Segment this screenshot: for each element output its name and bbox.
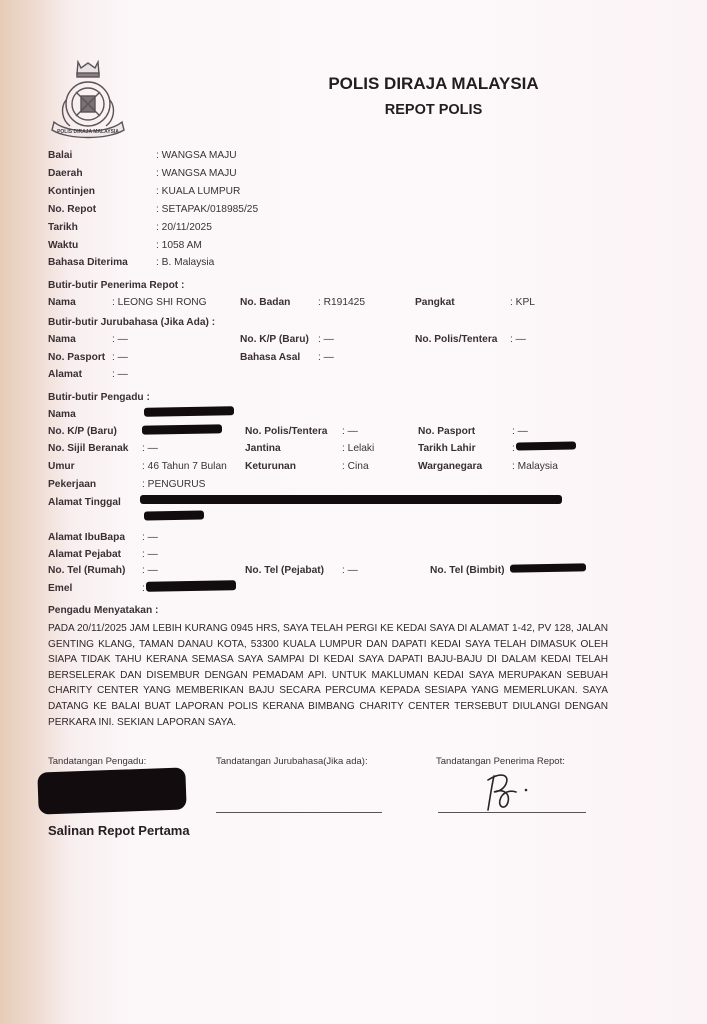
complainant-dob-prefix: : (512, 443, 515, 455)
redacted-home-address-line-1 (140, 495, 562, 504)
interpreter-language-value: : — (318, 352, 334, 364)
complainant-citizenship-value: : Malaysia (512, 461, 558, 473)
complainant-parent-address-value: : — (142, 532, 158, 544)
interpreter-name-value: : — (112, 334, 128, 346)
complainant-age-value: : 46 Tahun 7 Bulan (142, 461, 227, 473)
complainant-home-phone-value: : — (142, 565, 158, 577)
complainant-police-label: No. Polis/Tentera (245, 426, 327, 438)
interpreter-address-label: Alamat (48, 369, 82, 381)
interpreter-passport-value: : — (112, 352, 128, 364)
redacted-email (146, 580, 236, 592)
statement-text: PADA 20/11/2025 JAM LEBIH KURANG 0945 HR… (48, 621, 608, 730)
kontinjen-value: : KUALA LUMPUR (156, 186, 240, 198)
complainant-parent-address-label: Alamat IbuBapa (48, 532, 125, 544)
receiver-signature-line (438, 812, 586, 813)
receiver-name-label: Nama (48, 297, 76, 309)
balai-label: Balai (48, 150, 72, 162)
receiver-section-heading: Butir-butir Penerima Repot : (48, 280, 184, 292)
complainant-email-prefix: : (142, 583, 145, 595)
interpreter-signature-line (216, 812, 382, 813)
receiver-rank-value: : KPL (510, 297, 535, 309)
redacted-date-of-birth (516, 441, 576, 450)
complainant-mobile-phone-label: No. Tel (Bimbit) (430, 565, 505, 577)
complainant-passport-label: No. Pasport (418, 426, 475, 438)
language-label: Bahasa Diterima (48, 257, 128, 269)
receiver-badge-label: No. Badan (240, 297, 290, 309)
complainant-office-phone-label: No. Tel (Pejabat) (245, 565, 324, 577)
interpreter-passport-label: No. Pasport (48, 352, 105, 364)
interpreter-address-value: : — (112, 369, 128, 381)
complainant-section-heading: Butir-butir Pengadu : (48, 392, 150, 404)
time-label: Waktu (48, 240, 78, 252)
daerah-label: Daerah (48, 168, 83, 180)
complainant-race-value: : Cina (342, 461, 369, 473)
complainant-signature-label: Tandatangan Pengadu: (48, 756, 146, 768)
receiver-name-value: : LEONG SHI RONG (112, 297, 207, 309)
redacted-name (144, 406, 234, 417)
report-no-label: No. Repot (48, 204, 96, 216)
interpreter-ic-label: No. K/P (Baru) (240, 334, 309, 346)
interpreter-ic-value: : — (318, 334, 334, 346)
complainant-dob-label: Tarikh Lahir (418, 443, 476, 455)
interpreter-police-value: : — (510, 334, 526, 346)
police-report-document: POLIS DIRAJA MALAYSIA POLIS DIRAJA MALAY… (0, 0, 707, 1024)
receiver-rank-label: Pangkat (415, 297, 455, 309)
complainant-passport-value: : — (512, 426, 528, 438)
police-crest-icon: POLIS DIRAJA MALAYSIA (48, 58, 128, 140)
complainant-police-value: : — (342, 426, 358, 438)
complainant-job-value: : PENGURUS (142, 479, 205, 491)
complainant-job-label: Pekerjaan (48, 479, 96, 491)
time-value: : 1058 AM (156, 240, 202, 252)
interpreter-police-label: No. Polis/Tentera (415, 334, 497, 346)
date-label: Tarikh (48, 222, 78, 234)
redacted-home-address-line-2 (144, 510, 204, 520)
complainant-birthcert-value: : — (142, 443, 158, 455)
complainant-ic-label: No. K/P (Baru) (48, 426, 117, 438)
complainant-office-phone-value: : — (342, 565, 358, 577)
complainant-citizenship-label: Warganegara (418, 461, 482, 473)
receiver-badge-value: : R191425 (318, 297, 365, 309)
complainant-age-label: Umur (48, 461, 75, 473)
receiver-signature-icon (480, 770, 550, 812)
complainant-gender-value: : Lelaki (342, 443, 374, 455)
document-subtitle: REPOT POLIS (80, 102, 707, 118)
interpreter-name-label: Nama (48, 334, 76, 346)
receiver-signature-label: Tandatangan Penerima Repot: (436, 756, 565, 768)
interpreter-section-heading: Butir-butir Jurubahasa (Jika Ada) : (48, 317, 215, 329)
document-title: POLIS DIRAJA MALAYSIA (80, 74, 707, 94)
statement-label: Pengadu Menyatakan : (48, 605, 158, 617)
kontinjen-label: Kontinjen (48, 186, 95, 198)
date-value: : 20/11/2025 (156, 222, 212, 234)
first-report-copy-label: Salinan Repot Pertama (48, 823, 190, 838)
report-no-value: : SETAPAK/018985/25 (156, 204, 258, 216)
interpreter-language-label: Bahasa Asal (240, 352, 300, 364)
complainant-home-phone-label: No. Tel (Rumah) (48, 565, 125, 577)
complainant-office-address-value: : — (142, 549, 158, 561)
daerah-value: : WANGSA MAJU (156, 168, 237, 180)
complainant-race-label: Keturunan (245, 461, 296, 473)
interpreter-signature-label: Tandatangan Jurubahasa(Jika ada): (216, 756, 368, 768)
complainant-office-address-label: Alamat Pejabat (48, 549, 121, 561)
redacted-mobile-phone (510, 563, 586, 572)
complainant-birthcert-label: No. Sijil Beranak (48, 443, 128, 455)
language-value: : B. Malaysia (156, 257, 214, 269)
balai-value: : WANGSA MAJU (156, 150, 237, 162)
complainant-gender-label: Jantina (245, 443, 281, 455)
complainant-email-label: Emel (48, 583, 72, 595)
svg-text:POLIS DIRAJA MALAYSIA: POLIS DIRAJA MALAYSIA (57, 129, 119, 135)
complainant-name-label: Nama (48, 409, 76, 421)
redacted-ic-number (142, 424, 222, 434)
redacted-complainant-signature (37, 767, 186, 814)
complainant-home-address-label: Alamat Tinggal (48, 497, 121, 509)
